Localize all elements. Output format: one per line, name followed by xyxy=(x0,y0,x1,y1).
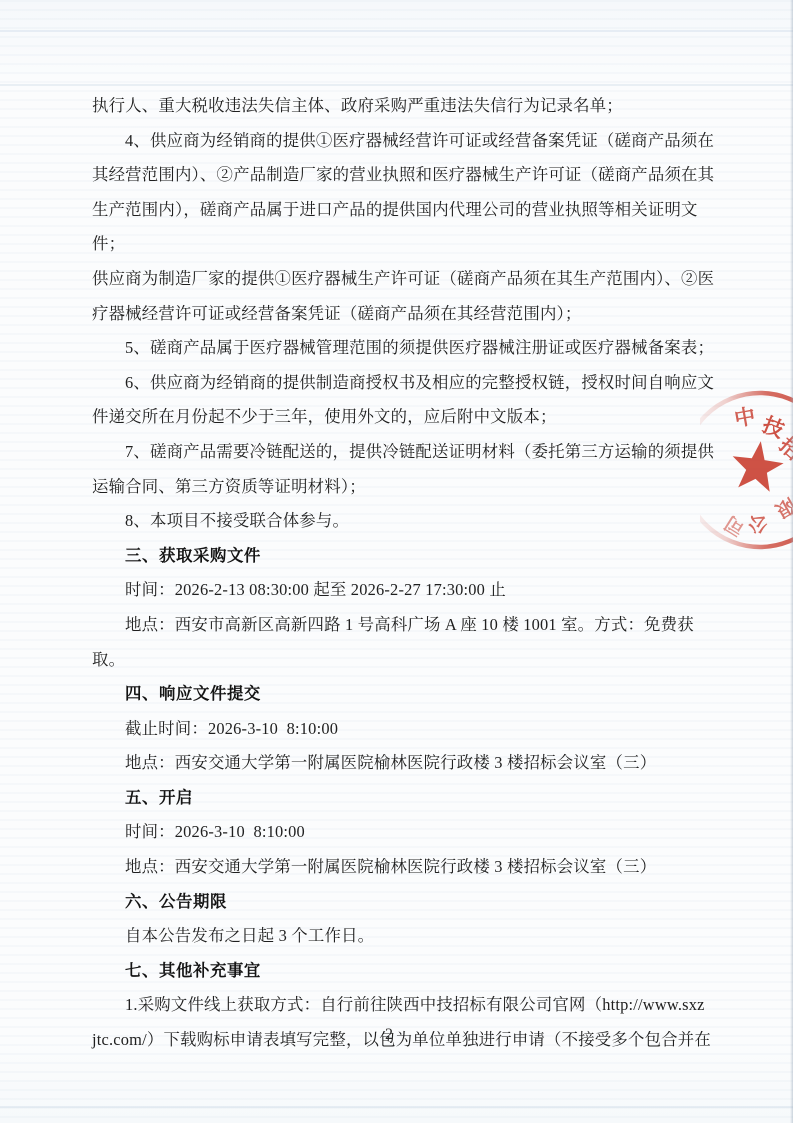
text-line: 生产范围内），磋商产品属于进口产品的提供国内代理公司的营业执照等相关证明文件； xyxy=(92,193,724,262)
section-heading: 六、公告期限 xyxy=(92,885,724,920)
text-line: 供应商为制造厂家的提供①医疗器械生产许可证（磋商产品须在其生产范围内）、②医 xyxy=(92,262,724,297)
scan-streak xyxy=(0,84,793,86)
text-line: 4、供应商为经销商的提供①医疗器械经营许可证或经营备案凭证（磋商产品须在 xyxy=(92,124,724,159)
text-line: 截止时间：2026-3-10 8:10:00 xyxy=(92,712,724,747)
scanned-page: 执行人、重大税收违法失信主体、政府采购严重违法失信行为记录名单；4、供应商为经销… xyxy=(0,0,793,1123)
page-number: 2 xyxy=(0,1026,778,1044)
text-line: 时间：2026-2-13 08:30:00 起至 2026-2-27 17:30… xyxy=(92,573,724,608)
seal-char: 司 xyxy=(721,511,749,540)
text-line: 运输合同、第三方资质等证明材料）； xyxy=(92,470,724,505)
text-line: 地点：西安交通大学第一附属医院榆林医院行政楼 3 楼招标会议室（三） xyxy=(92,746,724,781)
text-line: 1.采购文件线上获取方式：自行前往陕西中技招标有限公司官网（http://www… xyxy=(92,988,724,1023)
seal-char: 中 xyxy=(732,404,757,431)
text-line: 地点：西安交通大学第一附属医院榆林医院行政楼 3 楼招标会议室（三） xyxy=(92,850,724,885)
seal-char: 技 xyxy=(759,412,787,442)
text-line: 执行人、重大税收违法失信主体、政府采购严重违法失信行为记录名单； xyxy=(92,89,724,124)
section-heading: 七、其他补充事宜 xyxy=(92,954,724,989)
text-line: 时间：2026-3-10 8:10:00 xyxy=(92,815,724,850)
section-heading: 四、响应文件提交 xyxy=(92,677,724,712)
section-heading: 三、获取采购文件 xyxy=(92,539,724,574)
seal-char: 公 xyxy=(747,512,768,535)
text-line: 件递交所在月份起不少于三年，使用外文的，应后附中文版本； xyxy=(92,400,724,435)
text-line: 其经营范围内）、②产品制造厂家的营业执照和医疗器械生产许可证（磋商产品须在其 xyxy=(92,158,724,193)
text-line: 8、本项目不接受联合体参与。 xyxy=(92,504,724,539)
text-line: 地点：西安市高新区高新四路 1 号高科广场 A 座 10 楼 1001 室。方式… xyxy=(92,608,724,677)
scan-streak xyxy=(0,1106,793,1108)
text-line: 5、磋商产品属于医疗器械管理范围的须提供医疗器械注册证或医疗器械备案表； xyxy=(92,331,724,366)
text-line: 疗器械经营许可证或经营备案凭证（磋商产品须在其经营范围内）； xyxy=(92,297,724,332)
scan-streak xyxy=(0,30,793,32)
document-body: 执行人、重大税收违法失信主体、政府采购严重违法失信行为记录名单；4、供应商为经销… xyxy=(92,89,724,1058)
text-line: 7、磋商产品需要冷链配送的，提供冷链配送证明材料（委托第三方运输的须提供 xyxy=(92,435,724,470)
section-heading: 五、开启 xyxy=(92,781,724,816)
text-line: 自本公告发布之日起 3 个工作日。 xyxy=(92,919,724,954)
text-line: 6、供应商为经销商的提供制造商授权书及相应的完整授权链，授权时间自响应文 xyxy=(92,366,724,401)
red-star-icon xyxy=(733,441,784,492)
